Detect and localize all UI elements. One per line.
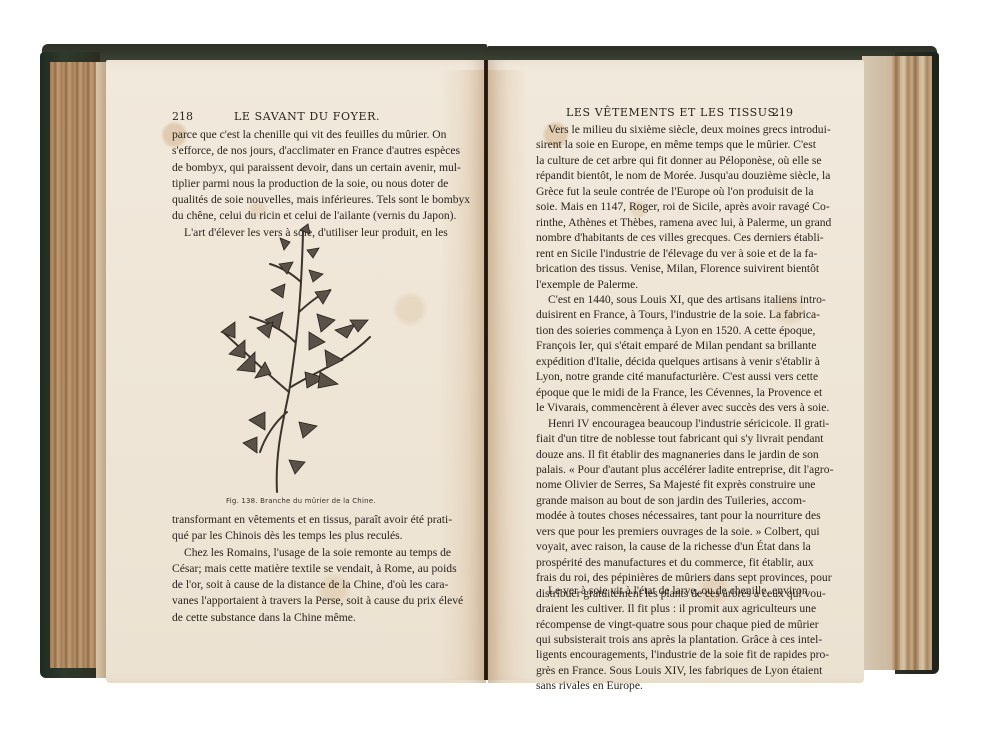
text-line: rent en Sicile l'industrie de l'élevage … — [536, 246, 784, 261]
open-book: 218 LE SAVANT DU FOYER. parce que c'est … — [0, 0, 1000, 731]
page-edges-right-inner — [862, 56, 892, 670]
running-head-right: LES VÊTEMENTS ET LES TISSUS. — [566, 106, 780, 119]
running-head-left: LE SAVANT DU FOYER. — [234, 110, 380, 123]
text-line: de bombyx, qui paraissent devoir, dans u… — [172, 160, 424, 176]
book-gutter — [484, 60, 488, 680]
text-line: époque que le midi de la France, les Cév… — [536, 385, 784, 400]
text-line: Vers le milieu du sixième siècle, deux m… — [536, 122, 784, 137]
text-line: grès en France. Sous Louis XIV, les fabr… — [536, 663, 784, 678]
text-line: vanes l'apportaient à travers la Perse, … — [172, 593, 426, 609]
text-line: répandit bientôt, le nom de Morée. Jusqu… — [536, 168, 784, 183]
page-edges-left — [50, 62, 102, 668]
text-line: brication des tissus. Venise, Milan, Flo… — [536, 261, 784, 276]
text-line: François Ier, qui s'était emparé de Mila… — [536, 338, 784, 353]
text-line: grande maison au bout de son jardin des … — [536, 493, 784, 508]
text-line: Le ver à soie vit à l'état de larve, ou … — [536, 583, 784, 599]
text-line: s'efforce, de nos jours, d'acclimater en… — [172, 143, 424, 159]
text-line: Henri IV encouragea beaucoup l'industrie… — [536, 416, 784, 431]
text-line: Chez les Romains, l'usage de la soie rem… — [172, 545, 426, 561]
text-line: qui subsisterait trois ans après la plan… — [536, 632, 784, 647]
gutter-stain-right — [488, 70, 528, 680]
text-line: le Vivarais, commencèrent à élever avec … — [536, 400, 784, 415]
text-line: la culture de cet arbre qui fit donner a… — [536, 153, 784, 168]
text-line: nome Olivier de Serres, Sa Majesté fit e… — [536, 477, 784, 492]
mulberry-branch-illustration — [205, 222, 395, 497]
text-line: sirent la soie en Europe, en même temps … — [536, 137, 784, 152]
text-line: voyait, avec raison, la cause de la rich… — [536, 539, 784, 554]
text-line: de cette substance dans la Chine même. — [172, 610, 426, 626]
left-page-text-bottom: transformant en vêtements et en tissus, … — [172, 512, 426, 626]
text-line: douze ans. Il fit établir des magnanerie… — [536, 447, 784, 462]
text-line: qualités de soie nouvelles, mais inférie… — [172, 192, 424, 208]
mulberry-branch-icon — [205, 222, 395, 497]
text-line: parce que c'est la chenille qui vit des … — [172, 127, 424, 143]
text-line: qué par les Chinois dès les temps les pl… — [172, 528, 426, 544]
right-page-text-after-break: Le ver à soie vit à l'état de larve, ou … — [536, 583, 784, 599]
text-line: modée à toutes choses nécessaires, tant … — [536, 508, 784, 523]
text-line: fiait d'un titre de noblesse tout fabric… — [536, 431, 784, 446]
text-line: l'exemple de Palerme. — [536, 277, 784, 292]
text-line: palais. « Pour d'autant plus accélérer l… — [536, 462, 784, 477]
text-line: C'est en 1440, sous Louis XI, que des ar… — [536, 292, 784, 307]
text-line: récompense de vingt-quatre sous pour cha… — [536, 617, 784, 632]
text-line: vers que pour les premiers ouvrages de l… — [536, 524, 784, 539]
text-line: Grèce fut la seule contrée de l'Europe o… — [536, 184, 784, 199]
text-line: duisirent en France, à Tours, l'industri… — [536, 307, 784, 322]
text-line: tiplier parmi nous la production de la s… — [172, 176, 424, 192]
text-line: nombre d'habitants de ces villes grecque… — [536, 230, 784, 245]
page-number-left: 218 — [172, 110, 193, 123]
text-line: transformant en vêtements et en tissus, … — [172, 512, 426, 528]
text-line: sans rivales en Europe. — [536, 678, 784, 693]
text-line: tion des soieries commença à Lyon en 152… — [536, 323, 784, 338]
text-line: expédition d'Italie, décida quelques art… — [536, 354, 784, 369]
page-number-right: 219 — [772, 106, 793, 119]
text-line: Lyon, notre grande cité manufacturière. … — [536, 369, 784, 384]
text-line: César; mais cette matière textile se ven… — [172, 561, 426, 577]
right-page-text: Vers le milieu du sixième siècle, deux m… — [536, 122, 784, 694]
text-line: de l'or, soit à cause de la distance de … — [172, 577, 426, 593]
text-line: rinthe, Athènes et Thèbes, ramena avec l… — [536, 215, 784, 230]
text-line: soie. Mais en 1147, Roger, roi de Sicile… — [536, 199, 784, 214]
text-line: prospérité des manufactures et du commer… — [536, 555, 784, 570]
text-line: ligents encouragements, l'industrie de l… — [536, 647, 784, 662]
text-line: draient les cultiver. Il fit plus : il p… — [536, 601, 784, 616]
figure-caption: Fig. 138. Branche du mûrier de la Chine. — [226, 497, 376, 505]
